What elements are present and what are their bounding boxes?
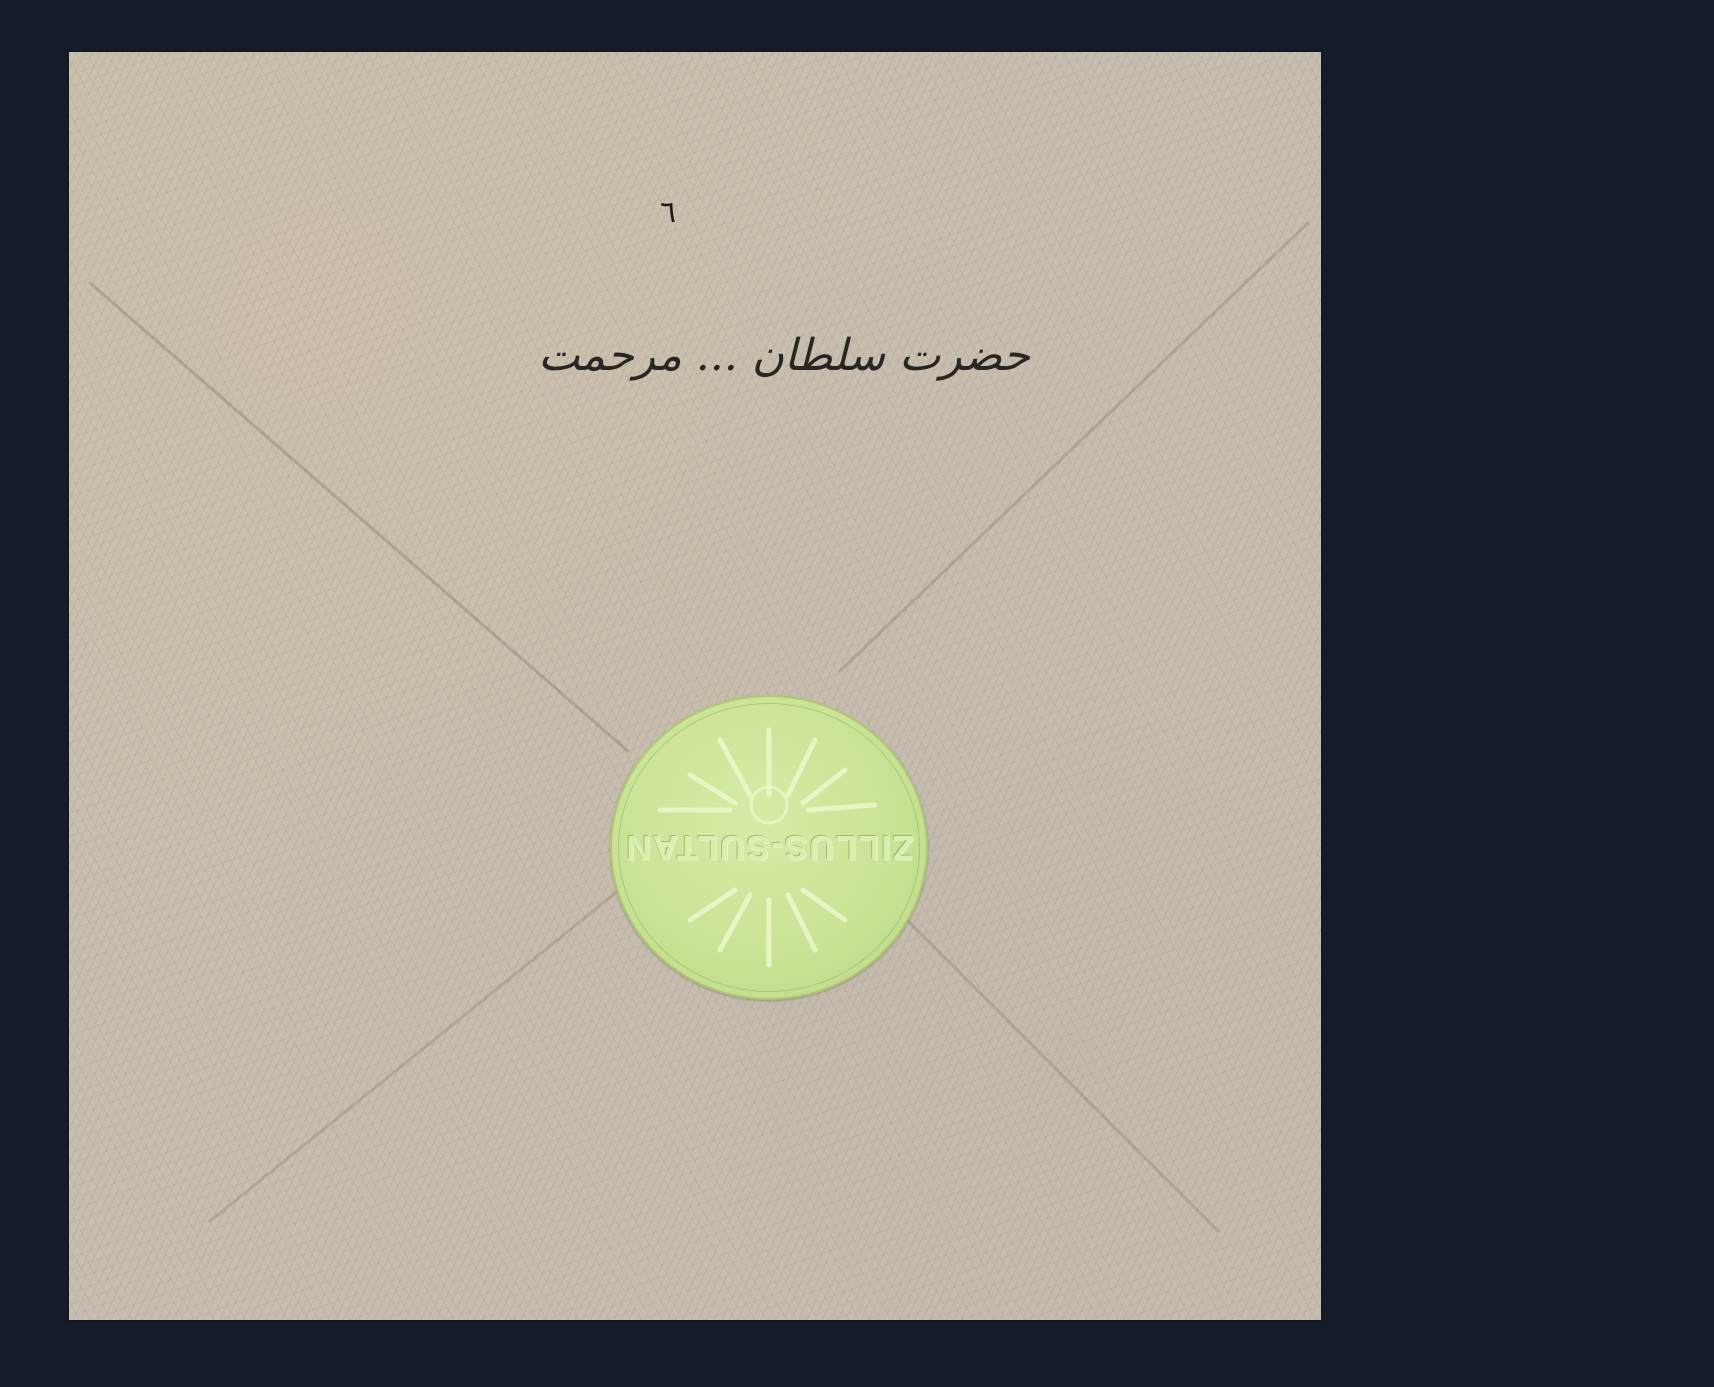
handwritten-mark: ٦ xyxy=(660,195,676,230)
handwritten-address: ٦ حضرت سلطان ... مرحمت xyxy=(220,190,1070,450)
handwritten-line: حضرت سلطان ... مرحمت xyxy=(538,330,1030,381)
embossed-seal: ZILLUS-SULTAN xyxy=(610,695,928,1000)
seal-inscription: ZILLUS-SULTAN xyxy=(610,827,928,866)
